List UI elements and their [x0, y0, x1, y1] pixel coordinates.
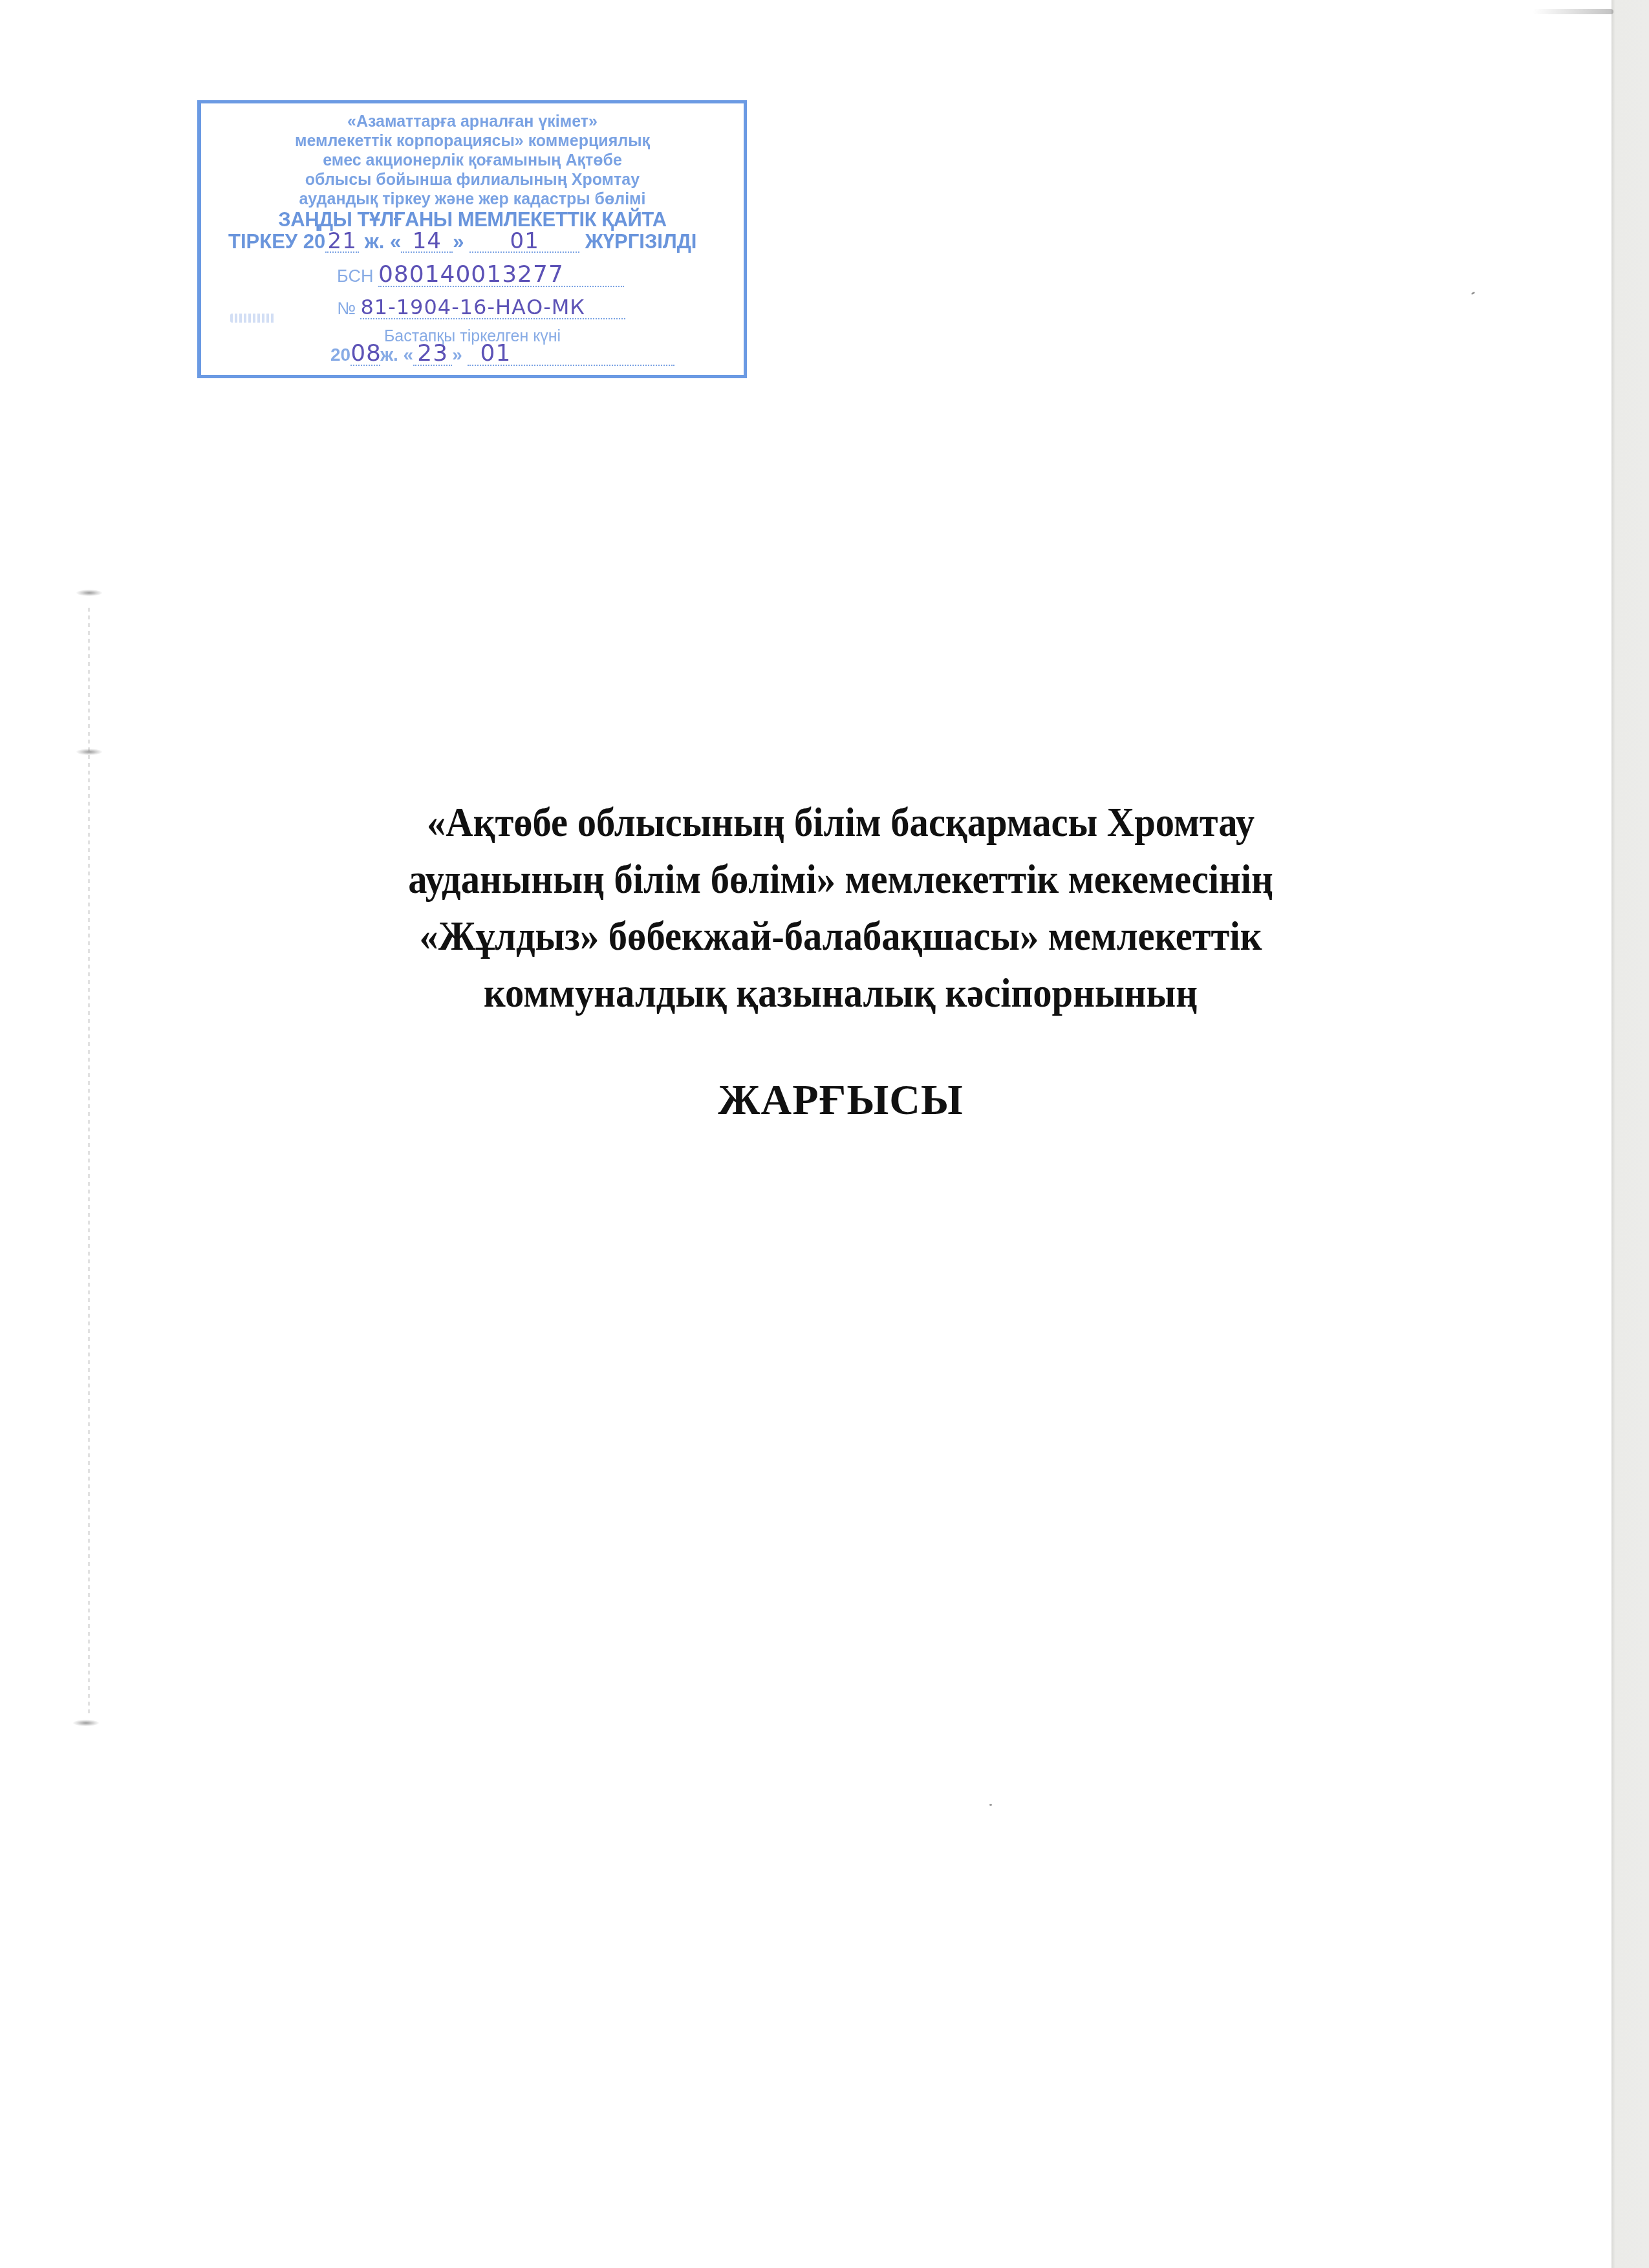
reregistration-suffix: ЖҮРГІЗІЛДІ	[585, 230, 697, 253]
first-registration-day: 23	[413, 344, 452, 366]
binding-crease	[88, 608, 90, 1713]
scan-edge-shadow	[1533, 9, 1613, 14]
stamp-first-registration-date: 2008ж. «23» 01	[330, 344, 873, 366]
reregistration-prefix: ТІРКЕУ 20	[228, 230, 325, 253]
stamp-org-line: мемлекеттік корпорациясы» коммерциялық	[201, 132, 744, 150]
title-line: ауданының білім бөлімі» мемлекеттік меке…	[239, 851, 1442, 908]
scanner-background-strip	[1611, 0, 1649, 2268]
title-line: «Ақтөбе облысының білім басқармасы Хромт…	[239, 794, 1442, 851]
document-title: «Ақтөбе облысының білім басқармасы Хромт…	[194, 794, 1487, 1022]
number-value: 81-1904-16-НАО-МК	[360, 297, 625, 319]
scan-speck	[1471, 292, 1476, 295]
binding-hole	[76, 749, 102, 755]
bin-label: БСН	[337, 266, 373, 286]
first-registration-month: 01	[468, 344, 674, 366]
binding-hole	[76, 590, 102, 596]
registration-stamp: «Азаматтарға арналған үкімет» мемлекетті…	[197, 100, 747, 378]
document-heading: ЖАРҒЫСЫ	[194, 1075, 1487, 1126]
reregistration-month: 01	[469, 231, 579, 253]
title-line: коммуналдық қазыналық кәсіпорнының	[239, 965, 1442, 1022]
reregistration-year: 21	[325, 231, 359, 253]
stamp-org-line: облысы бойынша филиалының Хромтау	[201, 171, 744, 189]
stamp-bin: БСН 080140013277	[337, 265, 879, 287]
first-registration-prefix: 20	[330, 345, 350, 365]
binding-hole	[73, 1720, 99, 1726]
first-registration-year-suffix: ж. «	[380, 345, 413, 365]
stamp-org-line: «Азаматтарға арналған үкімет»	[201, 112, 744, 131]
title-line: «Жұлдыз» бөбекжай-балабақшасы» мемлекетт…	[239, 908, 1442, 965]
stamp-registration-number: № 81-1904-16-НАО-МК	[337, 297, 879, 319]
scan-speck	[989, 1804, 992, 1806]
stamp-org-line: емес акционерлік қоғамының Ақтөбе	[201, 151, 744, 169]
stamp-heading: ЗАҢДЫ ТҰЛҒАНЫ МЕМЛЕКЕТТІК ҚАЙТА	[201, 211, 744, 229]
faint-stamp-text	[230, 314, 275, 323]
bin-value: 080140013277	[378, 265, 624, 287]
first-registration-label: Бастапқы тіркелген күні	[201, 327, 744, 346]
stamp-reregistration-date: ТІРКЕУ 2021 ж. «14» 01 ЖҮРГІЗІЛДІ	[228, 230, 771, 253]
reregistration-day-suffix: »	[453, 230, 464, 253]
reregistration-day: 14	[401, 231, 453, 253]
stamp-org-line: аудандық тіркеу және жер кадастры бөлімі	[201, 190, 744, 208]
first-registration-day-suffix: »	[452, 345, 462, 365]
number-label: №	[337, 299, 356, 318]
first-registration-year: 08	[350, 344, 380, 366]
reregistration-year-suffix: ж. «	[365, 230, 401, 253]
